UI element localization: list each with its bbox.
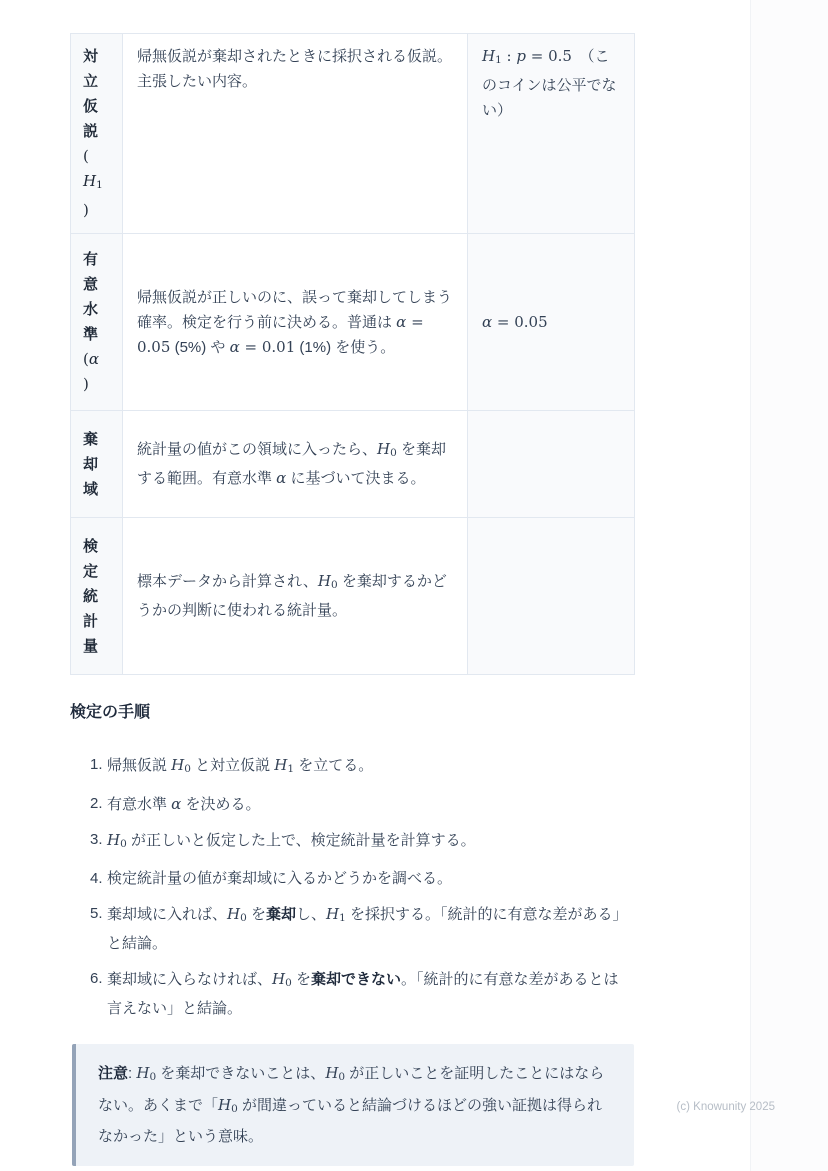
step-number: 6. (90, 966, 107, 1022)
footer-credit: (c) Knowunity 2025 (677, 1101, 775, 1113)
step-item-4: 4. 検定統計量の値が棄却域に入るかどうかを調べる。 (90, 866, 630, 892)
note-text: 注意: H0 を棄却できないことは、H0 が正しいことを証明したことにはならない… (98, 1065, 604, 1144)
step-text: 帰無仮説 H0 と対立仮説 H1 を立てる。 (107, 752, 630, 782)
step-text: H0 が正しいと仮定した上で、検定統計量を計算する。 (107, 827, 630, 857)
table-row-significance-level: 有意水準(α) 帰無仮説が正しいのに、誤って棄却してしまう確率。検定を行う前に決… (71, 234, 635, 411)
step-item-2: 2. 有意水準 α を決める。 (90, 791, 630, 818)
example-cell: α = 0.05 (468, 234, 635, 411)
step-number: 1. (90, 752, 107, 782)
step-text: 有意水準 α を決める。 (107, 791, 630, 818)
step-text: 棄却域に入らなければ、H0 を棄却できない。「統計的に有意な差があるとは言えない… (107, 966, 630, 1022)
step-number: 4. (90, 866, 107, 892)
example-cell (468, 411, 635, 518)
definitions-table: 対立仮説(H1) 帰無仮説が棄却されたときに採択される仮説。主張したい内容。 H… (70, 33, 635, 675)
step-text: 検定統計量の値が棄却域に入るかどうかを調べる。 (107, 866, 630, 892)
step-number: 5. (90, 901, 107, 957)
note-callout: 注意: H0 を棄却できないことは、H0 が正しいことを証明したことにはならない… (72, 1044, 634, 1165)
step-item-5: 5. 棄却域に入れば、H0 を棄却し、H1 を採択する。「統計的に有意な差がある… (90, 901, 630, 957)
description-cell: 帰無仮説が正しいのに、誤って棄却してしまう確率。検定を行う前に決める。普通は α… (123, 234, 468, 411)
section-heading-procedure: 検定の手順 (70, 699, 634, 722)
step-number: 3. (90, 827, 107, 857)
term-cell: 有意水準(α) (71, 234, 123, 411)
example-cell (468, 518, 635, 675)
step-item-6: 6. 棄却域に入らなければ、H0 を棄却できない。「統計的に有意な差があるとは言… (90, 966, 630, 1022)
description-cell: 帰無仮説が棄却されたときに採択される仮説。主張したい内容。 (123, 34, 468, 234)
step-item-3: 3. H0 が正しいと仮定した上で、検定統計量を計算する。 (90, 827, 630, 857)
term-cell: 対立仮説(H1) (71, 34, 123, 234)
step-text: 棄却域に入れば、H0 を棄却し、H1 を採択する。「統計的に有意な差がある」と結… (107, 901, 630, 957)
term-cell: 棄却域 (71, 411, 123, 518)
description-cell: 統計量の値がこの領域に入ったら、H0 を棄却する範囲。有意水準 α に基づいて決… (123, 411, 468, 518)
step-item-1: 1. 帰無仮説 H0 と対立仮説 H1 を立てる。 (90, 752, 630, 782)
document-page: 対立仮説(H1) 帰無仮説が棄却されたときに採択される仮説。主張したい内容。 H… (70, 33, 634, 1166)
page-edge-divider (750, 0, 828, 1171)
table-row-test-statistic: 検定統計量 標本データから計算され、H0 を棄却するかどうかの判断に使われる統計… (71, 518, 635, 675)
table-row-alternative-hypothesis: 対立仮説(H1) 帰無仮説が棄却されたときに採択される仮説。主張したい内容。 H… (71, 34, 635, 234)
term-cell: 検定統計量 (71, 518, 123, 675)
procedure-steps-list: 1. 帰無仮説 H0 と対立仮説 H1 を立てる。 2. 有意水準 α を決める… (90, 752, 630, 1022)
description-cell: 標本データから計算され、H0 を棄却するかどうかの判断に使われる統計量。 (123, 518, 468, 675)
example-cell: H1 : p = 0.5 （このコインは公平でない） (468, 34, 635, 234)
step-number: 2. (90, 791, 107, 818)
table-row-rejection-region: 棄却域 統計量の値がこの領域に入ったら、H0 を棄却する範囲。有意水準 α に基… (71, 411, 635, 518)
